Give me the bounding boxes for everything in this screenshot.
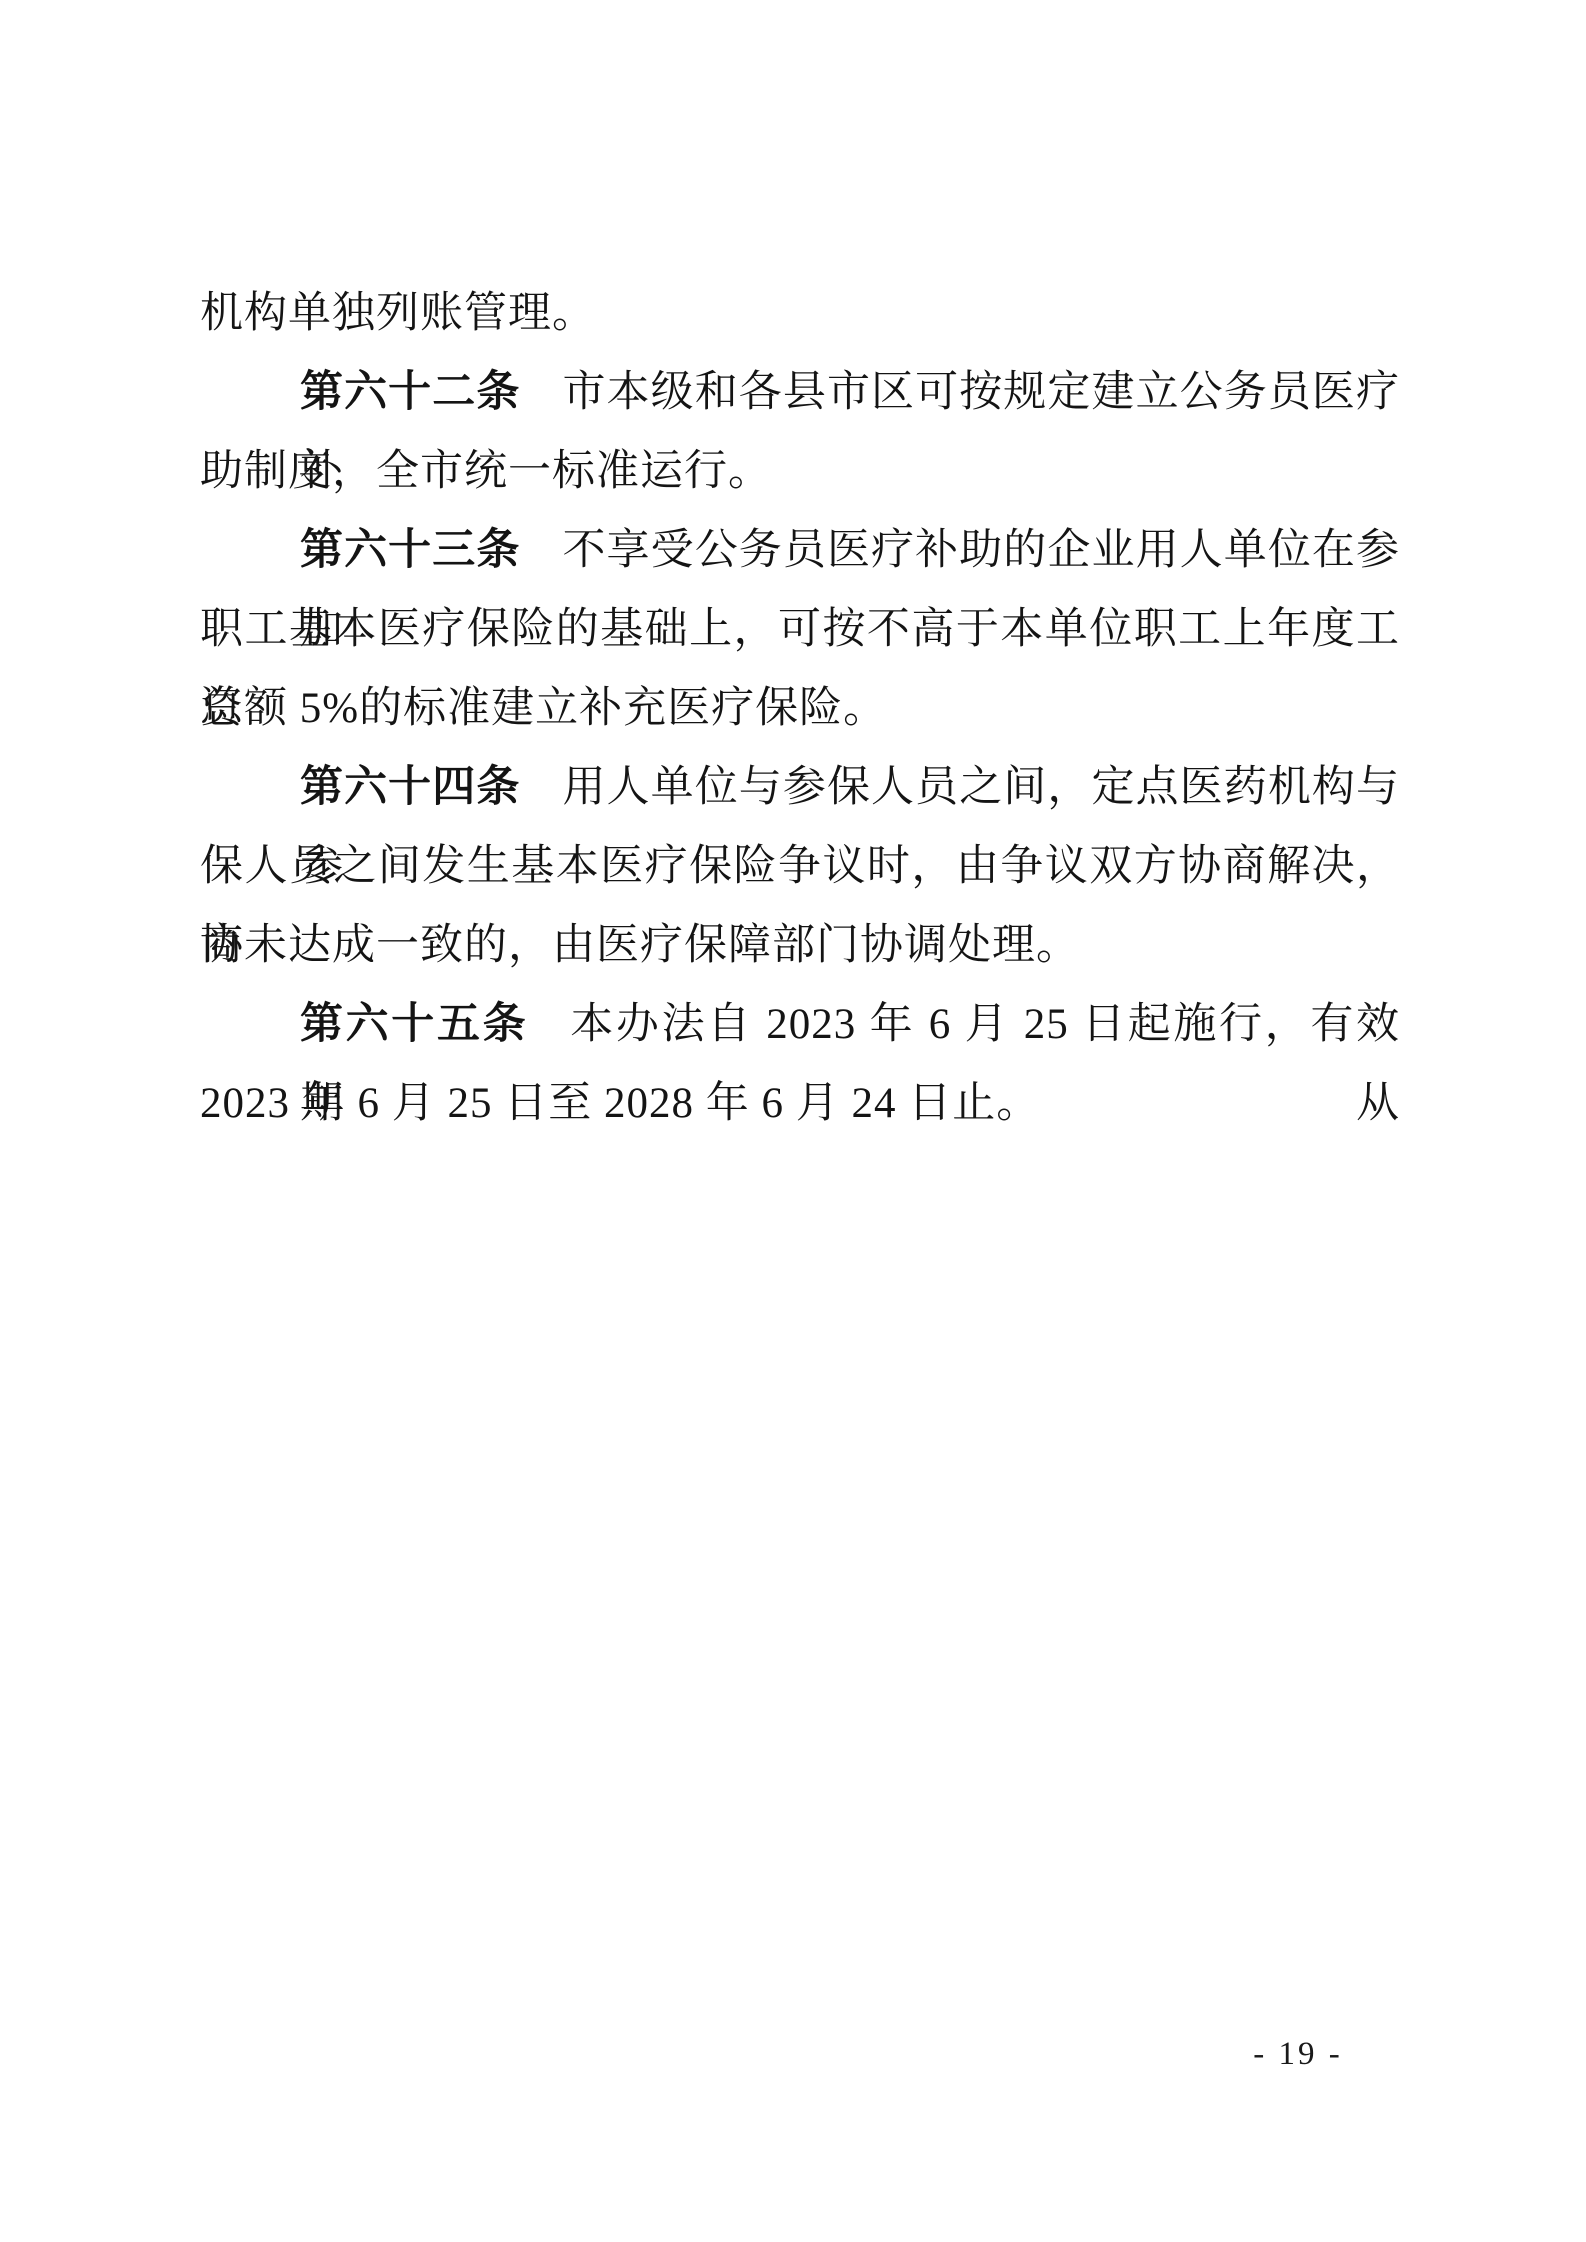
document-line: 第六十五条本办法自 2023 年 6 月 25 日起施行，有效期从 — [200, 985, 1400, 1064]
page-number: - 19 - — [1238, 2034, 1358, 2074]
article-number: 第六十四条 — [300, 764, 520, 811]
line-text: 机构单独列账管理。 — [200, 290, 596, 337]
line-text: 总额 5%的标准建立补充医疗保险。 — [200, 685, 887, 732]
line-text: 助制度，全市统一标准运行。 — [200, 448, 772, 495]
line-text: 2023 年 6 月 25 日至 2028 年 6 月 24 日止。 — [200, 1080, 1040, 1127]
document-line: 职工基本医疗保险的基础上，可按不高于本单位职工上年度工资 — [200, 590, 1400, 669]
document-line: 机构单独列账管理。 — [200, 274, 1400, 353]
document-line: 保人员之间发生基本医疗保险争议时，由争议双方协商解决，协 — [200, 827, 1400, 906]
document-line: 第六十三条不享受公务员医疗补助的企业用人单位在参加 — [200, 511, 1400, 590]
article-number: 第六十二条 — [300, 369, 520, 416]
document-line: 商未达成一致的，由医疗保障部门协调处理。 — [200, 906, 1400, 985]
document-line: 助制度，全市统一标准运行。 — [200, 432, 1400, 511]
document-line: 总额 5%的标准建立补充医疗保险。 — [200, 669, 1400, 748]
document-text-block: 机构单独列账管理。 第六十二条市本级和各县市区可按规定建立公务员医疗补 助制度，… — [200, 274, 1400, 1143]
line-text: 商未达成一致的，由医疗保障部门协调处理。 — [200, 922, 1080, 969]
article-number: 第六十三条 — [300, 527, 520, 574]
document-page: 机构单独列账管理。 第六十二条市本级和各县市区可按规定建立公务员医疗补 助制度，… — [0, 0, 1586, 2242]
document-line: 第六十二条市本级和各县市区可按规定建立公务员医疗补 — [200, 353, 1400, 432]
article-number: 第六十五条 — [300, 1001, 528, 1048]
document-line: 第六十四条用人单位与参保人员之间，定点医药机构与参 — [200, 748, 1400, 827]
